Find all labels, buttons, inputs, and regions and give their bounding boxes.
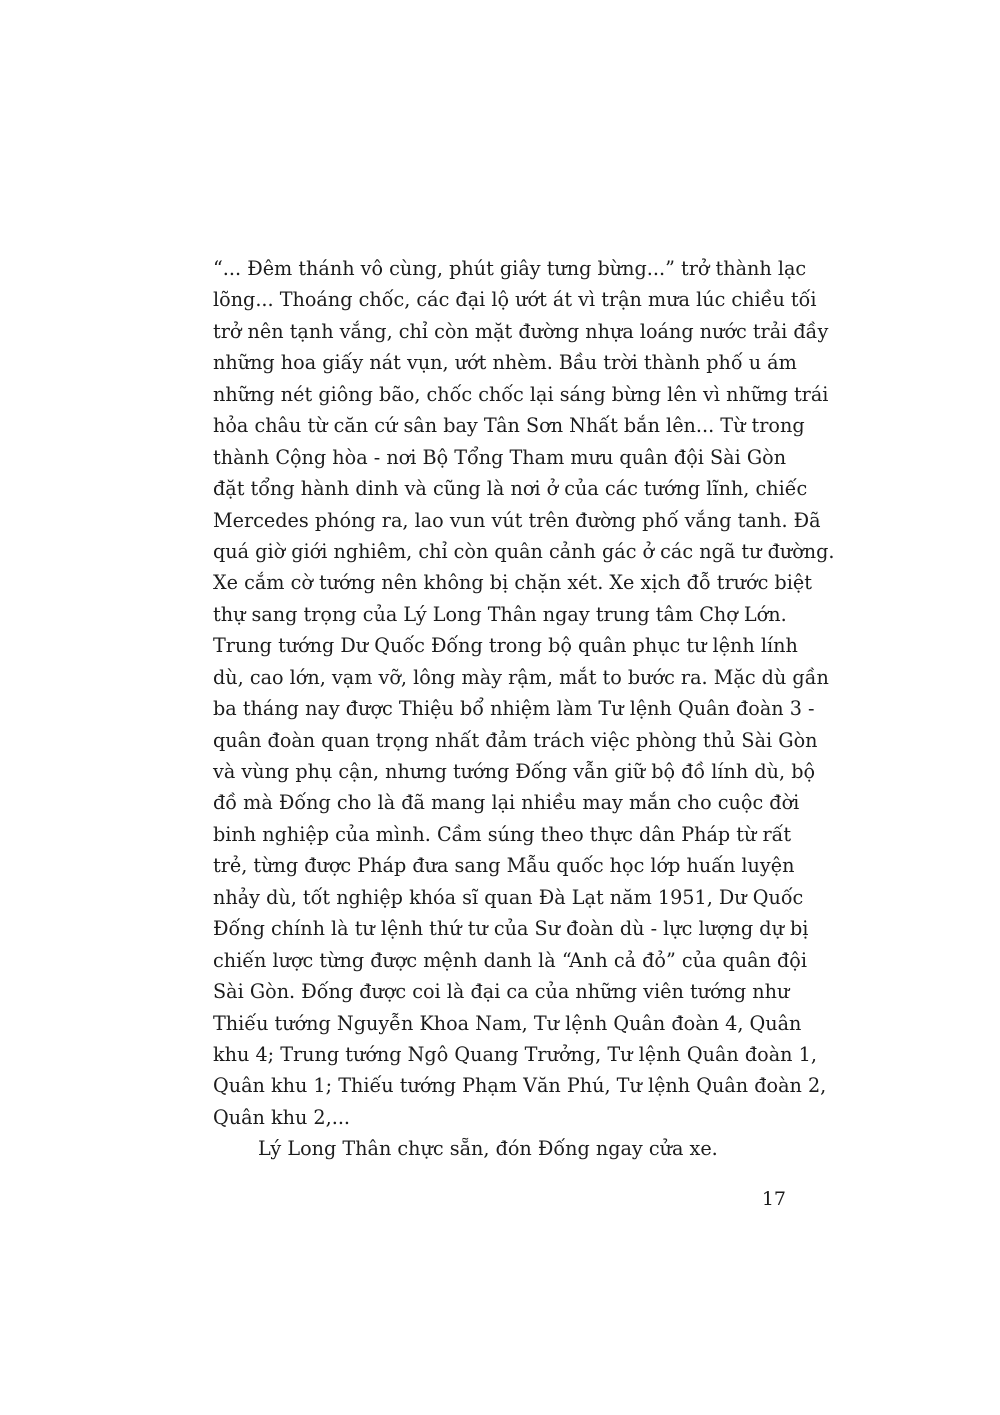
text-line: quân đoàn quan trọng nhất đảm trách việc… [213,725,786,756]
text-line: thành Cộng hòa - nơi Bộ Tổng Tham mưu qu… [213,442,786,473]
text-line: Trung tướng Dư Quốc Đống trong bộ quân p… [213,630,786,661]
text-line: trẻ, từng được Pháp đưa sang Mẫu quốc họ… [213,850,786,881]
page-number: 17 [740,1188,786,1210]
text-line: đặt tổng hành dinh và cũng là nơi ở của … [213,473,786,504]
text-line: Xe cắm cờ tướng nên không bị chặn xét. X… [213,567,786,598]
text-line: Sài Gòn. Đống được coi là đại ca của nhữ… [213,976,786,1007]
text-line: khu 4; Trung tướng Ngô Quang Trưởng, Tư … [213,1039,786,1070]
text-line: trở nên tạnh vắng, chỉ còn mặt đường nhự… [213,316,786,347]
text-line: chiến lược từng được mệnh danh là “Anh c… [213,945,786,976]
text-line: Mercedes phóng ra, lao vun vút trên đườn… [213,505,786,536]
text-line: ba tháng nay được Thiệu bổ nhiệm làm Tư … [213,693,786,724]
paragraph-2: Lý Long Thân chực sẵn, đón Đống ngay cửa… [213,1133,786,1164]
text-line: “... Đêm thánh vô cùng, phút giây tưng b… [213,253,786,284]
text-line: quá giờ giới nghiêm, chỉ còn quân cảnh g… [213,536,786,567]
body-text: “... Đêm thánh vô cùng, phút giây tưng b… [213,253,786,1165]
text-line: những hoa giấy nát vụn, ướt nhèm. Bầu tr… [213,347,786,378]
text-line: và vùng phụ cận, nhưng tướng Đống vẫn gi… [213,756,786,787]
text-line: Lý Long Thân chực sẵn, đón Đống ngay cửa… [213,1133,786,1164]
text-line: đồ mà Đống cho là đã mang lại nhiều may … [213,787,786,818]
text-line: lõng... Thoáng chốc, các đại lộ ướt át v… [213,284,786,315]
text-line: nhảy dù, tốt nghiệp khóa sĩ quan Đà Lạt … [213,882,786,913]
text-line: Đống chính là tư lệnh thứ tư của Sư đoàn… [213,913,786,944]
text-line: những nét giông bão, chốc chốc lại sáng … [213,379,786,410]
text-line: Quân khu 1; Thiếu tướng Phạm Văn Phú, Tư… [213,1070,786,1101]
text-line: binh nghiệp của mình. Cầm súng theo thực… [213,819,786,850]
paragraph-1: “... Đêm thánh vô cùng, phút giây tưng b… [213,253,786,1133]
text-line: dù, cao lớn, vạm vỡ, lông mày rậm, mắt t… [213,662,786,693]
text-line: Thiếu tướng Nguyễn Khoa Nam, Tư lệnh Quâ… [213,1008,786,1039]
text-line: hỏa châu từ căn cứ sân bay Tân Sơn Nhất … [213,410,786,441]
text-line: thự sang trọng của Lý Long Thân ngay tru… [213,599,786,630]
book-page: “... Đêm thánh vô cùng, phút giây tưng b… [0,0,1000,1415]
text-line: Quân khu 2,... [213,1102,786,1133]
